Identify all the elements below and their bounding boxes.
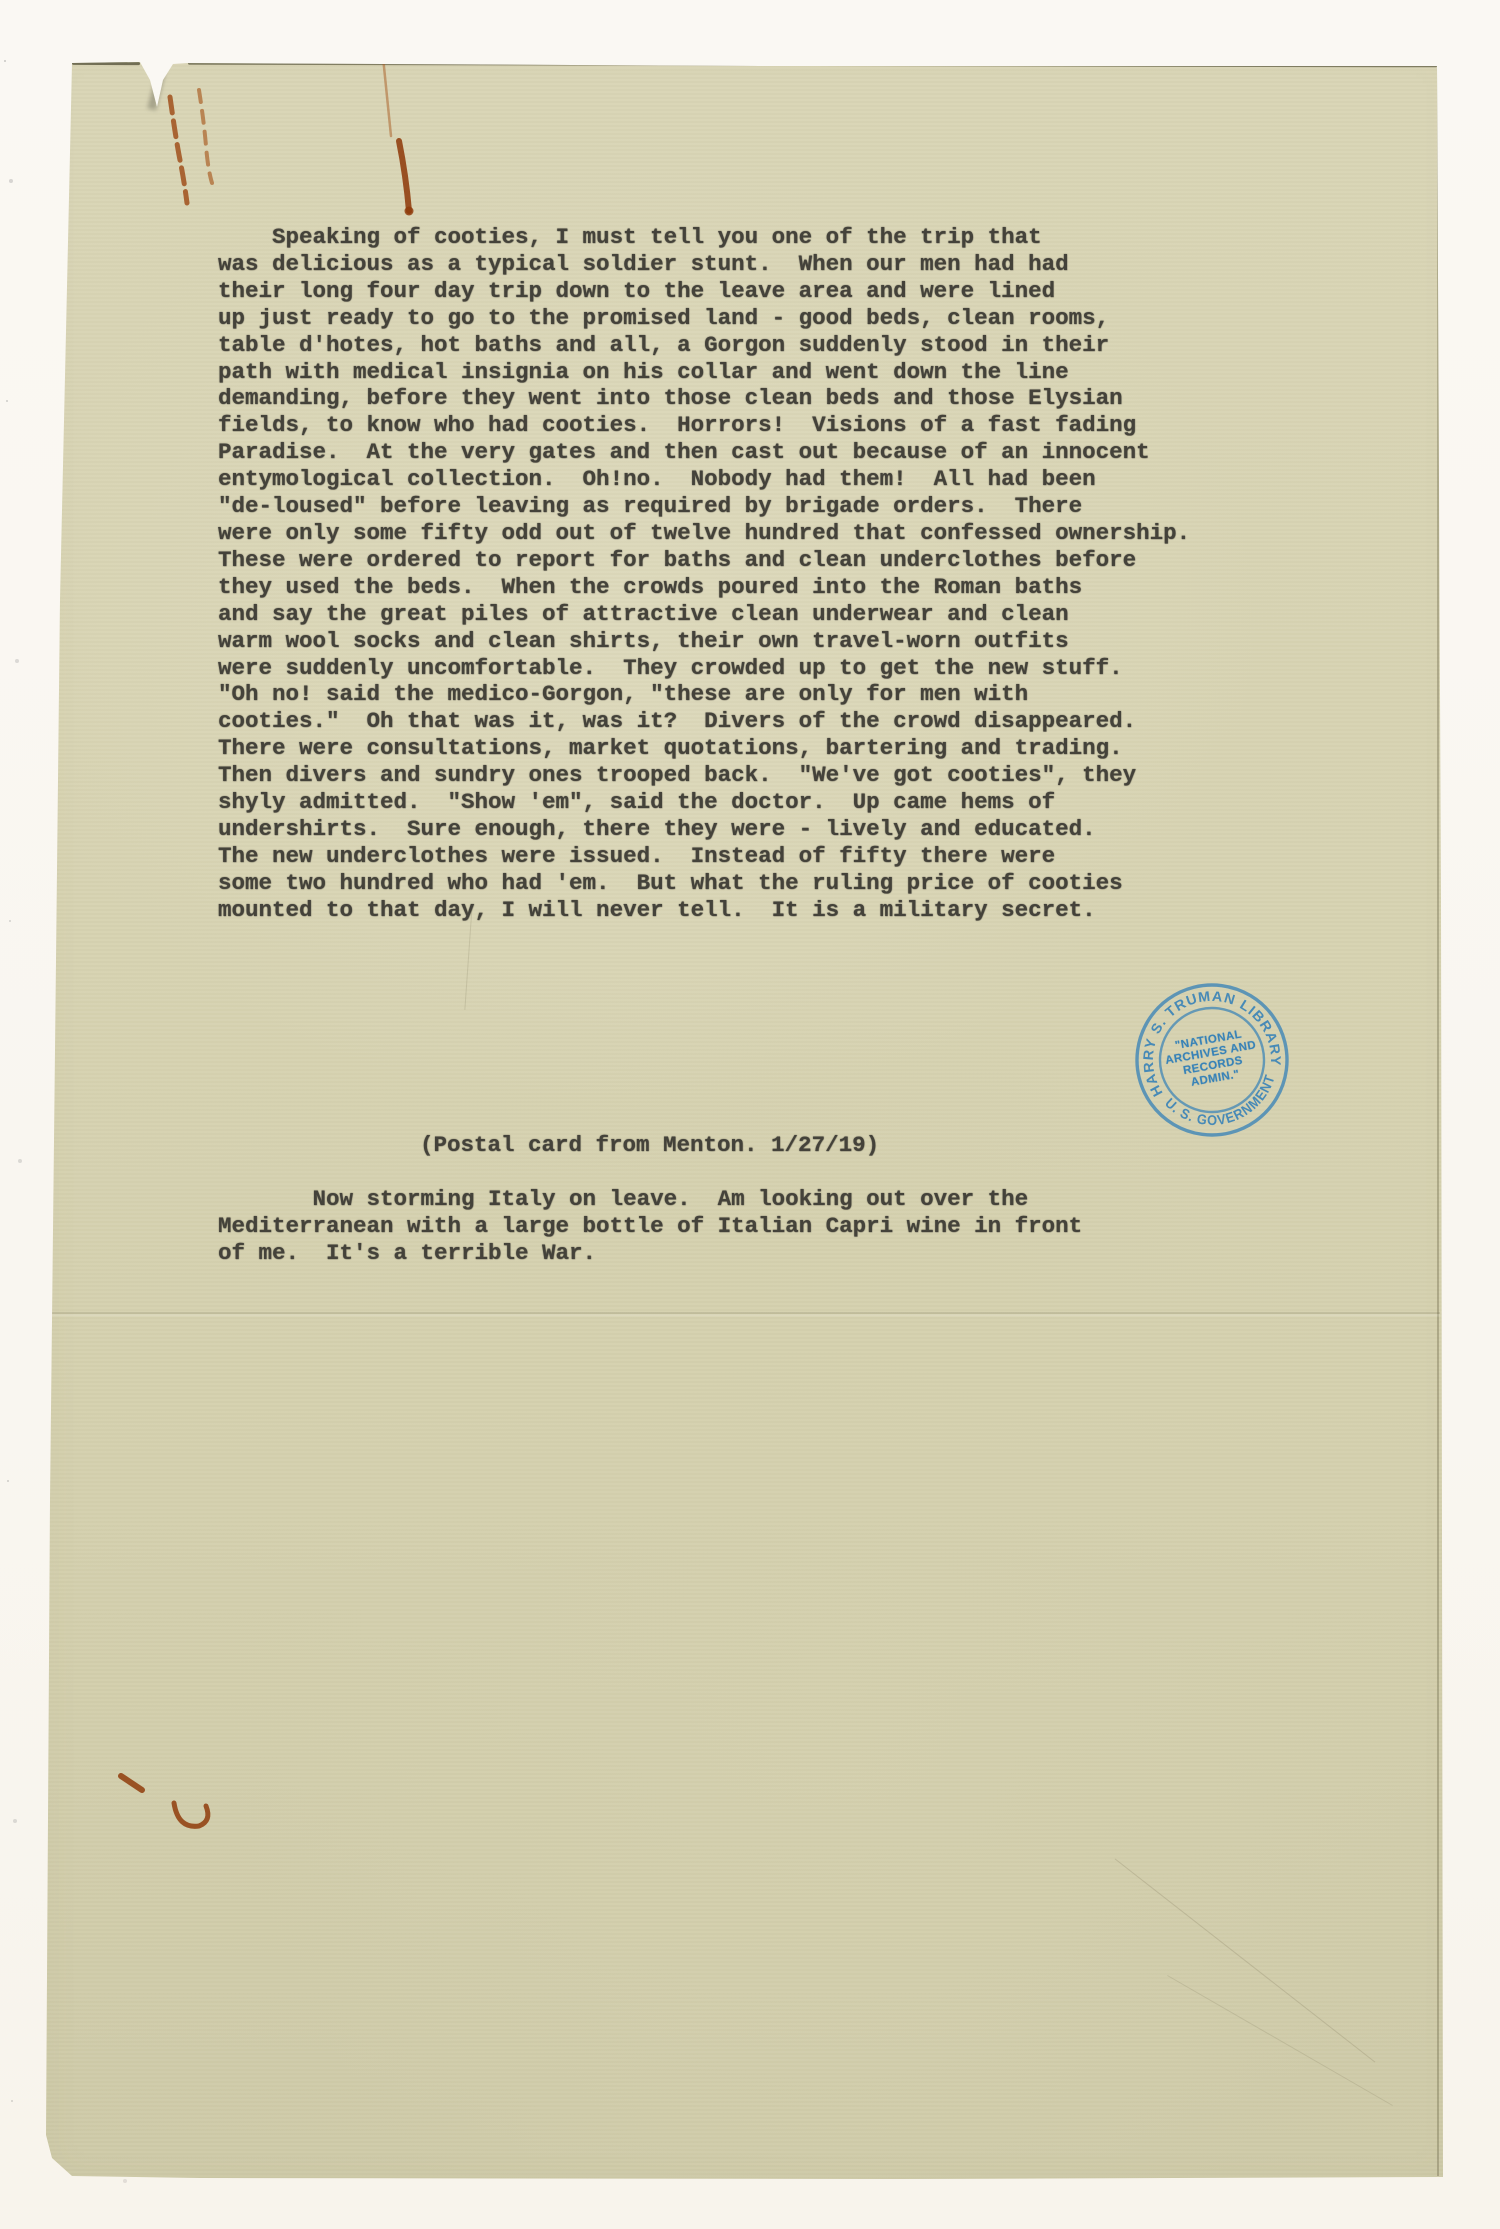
rust-drip-blob xyxy=(405,207,414,216)
paper-top-edge-shadow-left xyxy=(72,62,140,65)
paper-top-edge-shadow-right xyxy=(188,62,1437,68)
rust-stain-top-left-1 xyxy=(170,97,187,203)
letter-paragraph-cooties-story: Speaking of cooties, I must tell you one… xyxy=(218,224,1190,924)
diagonal-crease-bottom-right-2 xyxy=(1167,1975,1393,2106)
postal-card-source-note: (Postal card from Menton. 1/27/19) xyxy=(420,1132,879,1159)
paper-right-edge-shadow xyxy=(1437,66,1439,2176)
rust-drip-top-center-lower xyxy=(399,141,409,211)
diagonal-crease-bottom-right-1 xyxy=(1115,1859,1376,2063)
rust-mark-bottom-left-hook xyxy=(174,1803,208,1826)
horizontal-fold-crease xyxy=(50,1312,1440,1314)
paper-tear-notch-shadow xyxy=(147,70,165,111)
rust-drip-top-center-upper xyxy=(383,57,391,136)
scanned-letter-page: { "letter": { "paragraph1_lines": [ " Sp… xyxy=(0,0,1500,2229)
letter-paragraph-postal-card: Now storming Italy on leave. Am looking … xyxy=(218,1186,1082,1267)
stamp-center-text: "NATIONAL ARCHIVES AND RECORDS ADMIN." xyxy=(1085,933,1340,1188)
rust-mark-bottom-left-dash xyxy=(121,1776,142,1790)
rust-stain-top-left-2 xyxy=(199,90,212,183)
scanner-dust-speckles xyxy=(4,60,6,62)
letter-paper-sheet: Speaking of cooties, I must tell you one… xyxy=(0,0,1500,2229)
truman-library-stamp: HARRY S. TRUMAN LIBRARY U. S. GOVERNMENT… xyxy=(1102,950,1322,1170)
